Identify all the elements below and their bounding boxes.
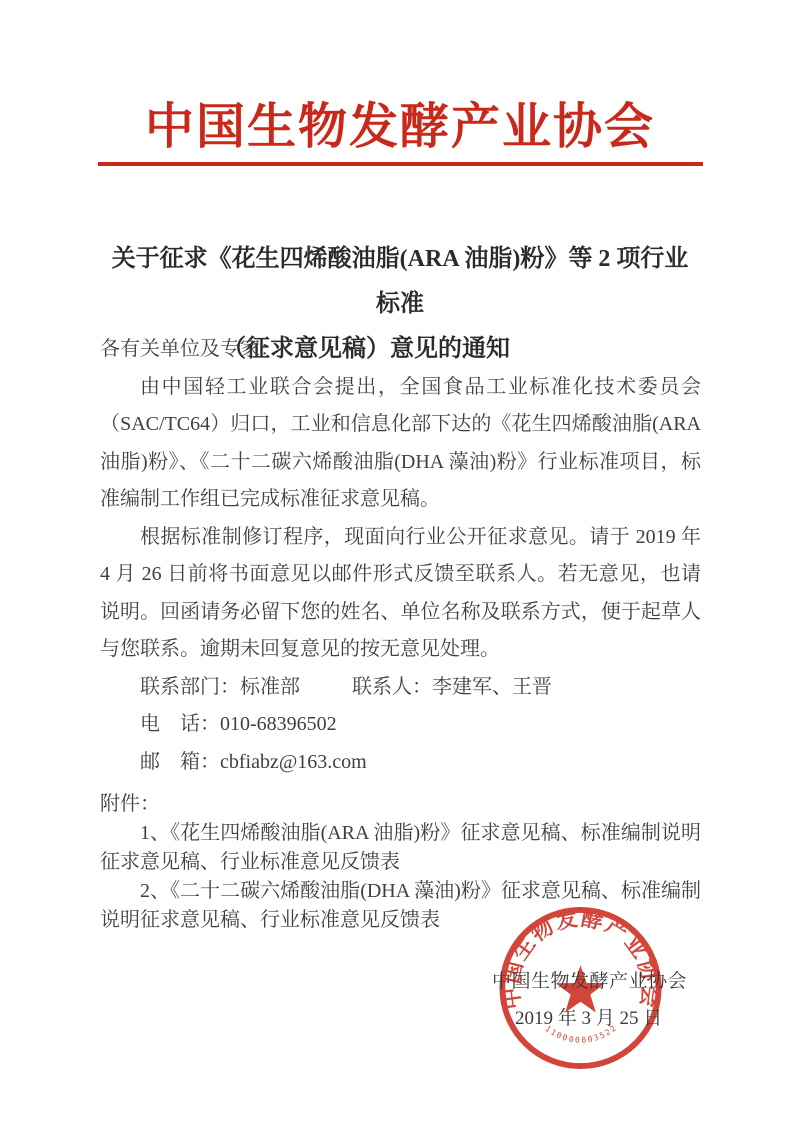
letterhead-divider-line — [98, 162, 703, 166]
contact-department-label: 联系部门：标准部 — [140, 676, 300, 698]
document-page: 中国生物发酵产业协会 关于征求《花生四烯酸油脂(ARA 油脂)粉》等 2 项行业… — [0, 0, 800, 1131]
signature-date: 2019 年 3 月 25 日 — [515, 1007, 662, 1031]
paragraph-project-background: 由中国轻工业联合会提出，全国食品工业标准化技术委员会（SAC/TC64）归口，工… — [100, 369, 701, 519]
salutation: 各有关单位及专家： — [100, 331, 701, 369]
attachments-heading: 附件： — [100, 790, 701, 819]
contact-phone-line: 电 话：010-68396502 — [100, 706, 701, 744]
contact-dept-line: 联系部门：标准部联系人：李建军、王晋 — [100, 669, 701, 707]
document-title-line1: 关于征求《花生四烯酸油脂(ARA 油脂)粉》等 2 项行业标准 — [100, 237, 700, 327]
document-body: 各有关单位及专家： 由中国轻工业联合会提出，全国食品工业标准化技术委员会（SAC… — [100, 331, 701, 935]
attachment-item-1: 1、《花生四烯酸油脂(ARA 油脂)粉》征求意见稿、标准编制说明征求意见稿、行业… — [100, 819, 701, 877]
paragraph-feedback-request: 根据标准制修订程序，现面向行业公开征求意见。请于 2019 年 4 月 26 日… — [100, 519, 701, 669]
signature-org: 中国生物发酵产业协会 — [492, 970, 687, 994]
contact-person-label: 联系人：李建军、王晋 — [352, 676, 552, 698]
contact-email-line: 邮 箱：cbfiabz@163.com — [100, 744, 701, 782]
association-letterhead-title: 中国生物发酵产业协会 — [0, 100, 800, 154]
